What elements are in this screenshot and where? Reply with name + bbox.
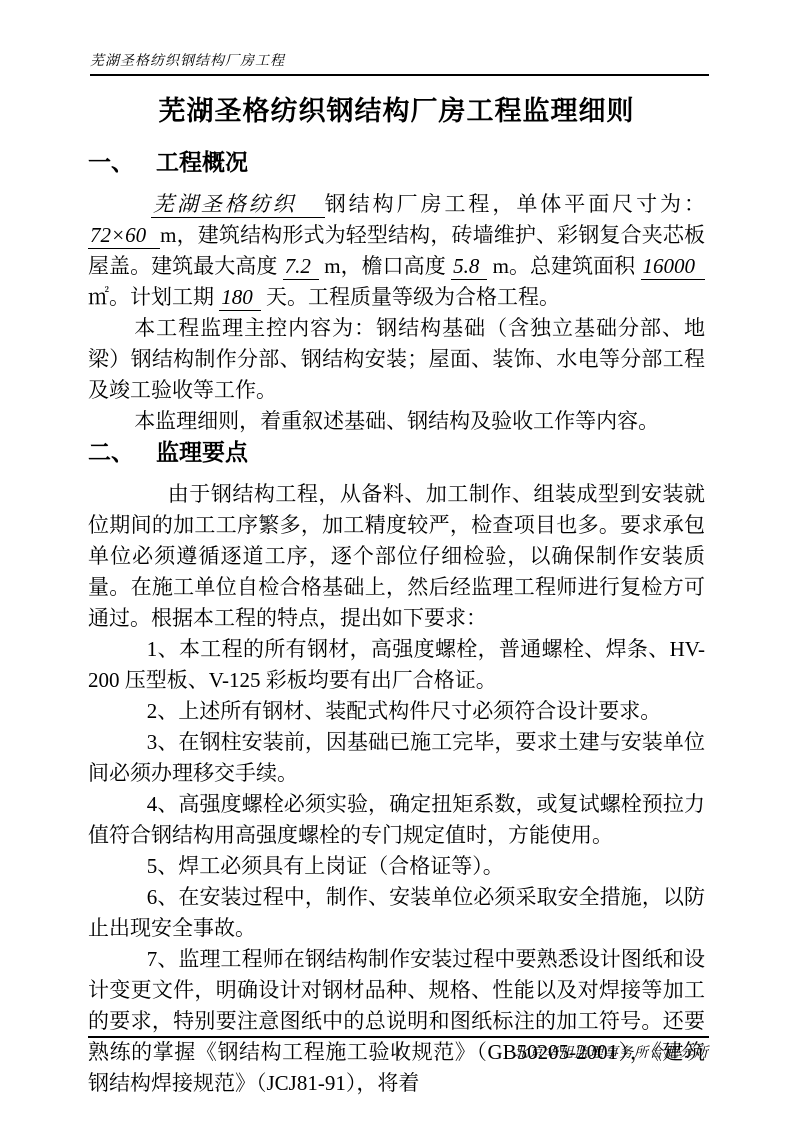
paragraph: 2、上述所有钢材、装配式构件尺寸必须符合设计要求。 (88, 696, 705, 727)
paragraph: 3、在钢柱安装前，因基础已施工完毕，要求土建与安装单位间必须办理移交手续。 (88, 727, 705, 789)
content-blocks: 一、工程概况芜湖圣格纺织钢结构厂房工程，单体平面尺寸为：72×60m，建筑结构形… (88, 147, 705, 1099)
text-segment: 钢结构厂房工程，单体平面尺寸为： (325, 192, 705, 216)
paragraph: 1、本工程的所有钢材，高强度螺栓，普通螺栓、焊条、HV-200 压型板、V-12… (88, 634, 705, 696)
page-header: 芜湖圣格纺织钢结构厂房工程 (90, 50, 709, 76)
paragraph: 本工程监理主控内容为：钢结构基础（含独立基础分部、地梁）钢结构制作分部、钢结构安… (88, 313, 705, 406)
text-segment: 天。工程质量等级为合格工程。 (261, 285, 560, 309)
paragraph: 5、焊工必须具有上岗证（合格证等）。 (88, 851, 705, 882)
paragraph: 7、监理工程师在钢结构制作安装过程中要熟悉设计图纸和设计变更文件，明确设计对钢材… (88, 944, 705, 1099)
page-number: 1 (395, 1044, 402, 1060)
paragraph: 由于钢结构工程，从备料、加工制作、组装成型到安装就位期间的加工工序繁多，加工精度… (88, 479, 705, 634)
paragraph: 4、高强度螺栓必须实验，确定扭矩系数，或复试螺栓预拉力值符合钢结构用高强度螺栓的… (88, 789, 705, 851)
text-segment: 6、在安装过程中，制作、安装单位必须采取安全措施，以防止出现安全事故。 (88, 885, 705, 940)
document-title: 芜湖圣格纺织钢结构厂房工程监理细则 (88, 92, 705, 130)
text-segment: m，檐口高度 (319, 254, 451, 278)
section-number: 一、 (88, 150, 134, 175)
text-segment: 1、本工程的所有钢材，高强度螺栓，普通螺栓、焊条、HV-200 压型板、V-12… (88, 637, 705, 692)
text-segment: 3、在钢柱安装前，因基础已施工完毕，要求土建与安装单位间必须办理移交手续。 (88, 730, 705, 785)
section-title: 监理要点 (156, 440, 248, 465)
section-number: 二、 (88, 440, 134, 465)
text-segment: 5、焊工必须具有上岗证（合格证等）。 (147, 854, 504, 878)
paragraph: 芜湖圣格纺织钢结构厂房工程，单体平面尺寸为：72×60m，建筑结构形式为轻型结构… (88, 189, 705, 313)
underlined-value: 7.2 (283, 254, 319, 280)
underlined-value: 16000 (641, 254, 706, 280)
page-footer: 1 北京华旭监理事务所合肥分所 (88, 1036, 709, 1066)
text-segment: 2、上述所有钢材、装配式构件尺寸必须符合设计要求。 (147, 699, 662, 723)
underlined-value: 5.8 (451, 254, 487, 280)
underlined-value: 180 (219, 285, 261, 311)
section-heading: 二、监理要点 (88, 437, 705, 469)
document-page: 芜湖圣格纺织钢结构厂房工程 芜湖圣格纺织钢结构厂房工程监理细则 一、工程概况芜湖… (0, 0, 793, 1122)
paragraph: 本监理细则，着重叙述基础、钢结构及验收工作等内容。 (88, 406, 705, 437)
text-segment: 4、高强度螺栓必须实验，确定扭矩系数，或复试螺栓预拉力值符合钢结构用高强度螺栓的… (88, 792, 705, 847)
text-segment: m。总建筑面积 (487, 254, 640, 278)
document-body: 芜湖圣格纺织钢结构厂房工程监理细则 一、工程概况芜湖圣格纺织钢结构厂房工程，单体… (88, 92, 705, 1099)
paragraph: 6、在安装过程中，制作、安装单位必须采取安全措施，以防止出现安全事故。 (88, 882, 705, 944)
underlined-value: 72×60 (88, 223, 160, 249)
text-segment: 7、监理工程师在钢结构制作安装过程中要熟悉设计图纸和设计变更文件，明确设计对钢材… (88, 947, 705, 1095)
underlined-value: 芜湖圣格纺织 (151, 192, 325, 218)
section-title: 工程概况 (156, 150, 248, 175)
text-segment: ㎡。计划工期 (88, 285, 219, 309)
header-project-name: 芜湖圣格纺织钢结构厂房工程 (90, 54, 285, 69)
text-segment: 本工程监理主控内容为：钢结构基础（含独立基础分部、地梁）钢结构制作分部、钢结构安… (88, 316, 705, 402)
text-segment: 本监理细则，着重叙述基础、钢结构及验收工作等内容。 (134, 409, 659, 433)
section-heading: 一、工程概况 (88, 147, 705, 179)
text-segment: 由于钢结构工程，从备料、加工制作、组装成型到安装就位期间的加工工序繁多，加工精度… (88, 482, 705, 630)
footer-company-name: 北京华旭监理事务所合肥分所 (514, 1042, 709, 1062)
